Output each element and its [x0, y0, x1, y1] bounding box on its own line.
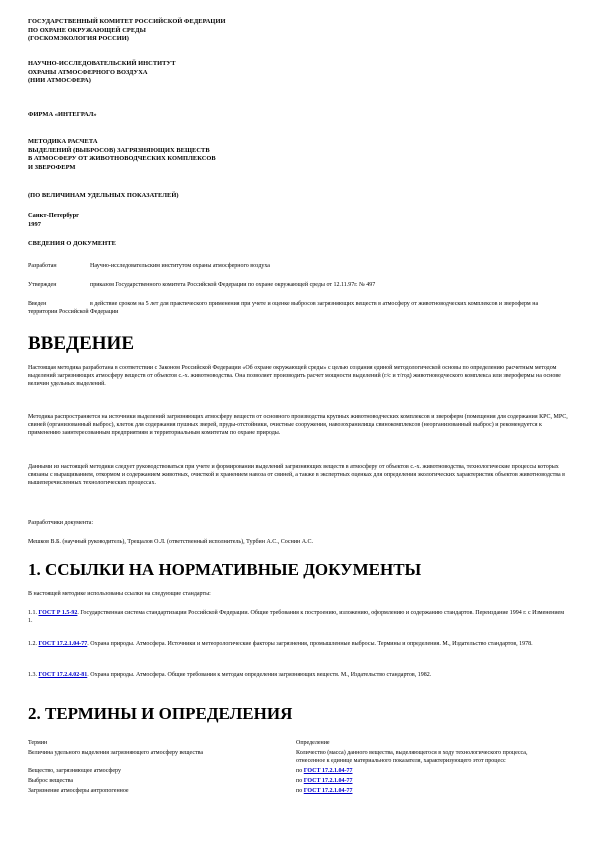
intro-paragraph: Настоящая методика разработана в соответ… — [28, 364, 568, 389]
institute-line: НАУЧНО-ИССЛЕДОВАТЕЛЬСКИЙ ИНСТИТУТ — [28, 60, 176, 69]
term-cell: Вещество, загрязняющее атмосферу — [28, 767, 296, 777]
committee-line: ГОСУДАРСТВЕННЫЙ КОМИТЕТ РОССИЙСКОЙ ФЕДЕР… — [28, 18, 225, 27]
title-line: И ЗВЕРОФЕРМ — [28, 164, 216, 173]
definition-cell: по ГОСТ 17.2.1.04-77 — [296, 767, 546, 777]
doc-info-value: Научно-исследовательским институтом охра… — [90, 262, 568, 270]
definition-prefix: по — [296, 788, 304, 794]
term-cell: Загрязнение атмосферы антропогенное — [28, 787, 296, 797]
definition-text: Количество (масса) данного вещества, выд… — [296, 750, 527, 764]
table-row: Величина удельного выделения загрязняюще… — [28, 749, 546, 767]
column-header-definition: Определение — [296, 739, 546, 749]
section1-lead: В настоящей методике использованы ссылки… — [28, 590, 568, 598]
doc-info-row-developed: Разработан Научно-исследовательским инст… — [28, 262, 568, 270]
gost-link[interactable]: ГОСТ 17.2.1.04-77 — [304, 788, 353, 794]
city: Санкт-Петербург — [28, 212, 79, 221]
definition-cell: по ГОСТ 17.2.1.04-77 — [296, 787, 546, 797]
gost-link[interactable]: ГОСТ 17.2.1.04-77 — [39, 641, 88, 647]
committee-line: ПО ОХРАНЕ ОКРУЖАЮЩЕЙ СРЕДЫ — [28, 27, 225, 36]
definition-prefix: по — [296, 768, 304, 774]
publication-info: Санкт-Петербург 1997 — [28, 212, 79, 229]
table-row: Выброс вещества по ГОСТ 17.2.1.04-77 — [28, 777, 546, 787]
column-header-term: Термин — [28, 739, 296, 749]
institute-block: НАУЧНО-ИССЛЕДОВАТЕЛЬСКИЙ ИНСТИТУТ ОХРАНЫ… — [28, 60, 176, 86]
title-line: МЕТОДИКА РАСЧЕТА — [28, 138, 216, 147]
intro-heading: ВВЕДЕНИЕ — [28, 334, 134, 354]
definition-cell: Количество (масса) данного вещества, выд… — [296, 749, 546, 767]
terms-header-row: Термин Определение — [28, 739, 546, 749]
doc-info-value: в действие сроком на 5 лет для практичес… — [28, 301, 538, 315]
title-line: ВЫДЕЛЕНИЙ (ВЫБРОСОВ) ЗАГРЯЗНЯЮЩИХ ВЕЩЕСТ… — [28, 147, 216, 156]
definition-cell: по ГОСТ 17.2.1.04-77 — [296, 777, 546, 787]
institute-line: ОХРАНЫ АТМОСФЕРНОГО ВОЗДУХА — [28, 69, 176, 78]
definition-prefix: по — [296, 778, 304, 784]
doc-info-label: Утвержден — [28, 281, 88, 289]
reference-text: . Государственная система стандартизации… — [28, 610, 564, 624]
table-row: Загрязнение атмосферы антропогенное по Г… — [28, 787, 546, 797]
firm-name: ФИРМА «ИНТЕГРАЛ» — [28, 111, 97, 120]
doc-info-row-introduced: Введенв действие сроком на 5 лет для пра… — [28, 300, 568, 316]
institute-line: (НИИ АТМОСФЕРА) — [28, 77, 176, 86]
document-subtitle: (ПО ВЕЛИЧИНАМ УДЕЛЬНЫХ ПОКАЗАТЕЛЕЙ) — [28, 192, 179, 201]
table-row: Вещество, загрязняющее атмосферу по ГОСТ… — [28, 767, 546, 777]
reference-text: . Охрана природы. Атмосфера. Источники и… — [87, 641, 532, 647]
reference-number: 1.1. — [28, 610, 37, 616]
terms-table: Термин Определение Величина удельного вы… — [28, 739, 546, 797]
doc-info-label: Разработан — [28, 262, 88, 270]
doc-info-row-approved: Утвержден приказом Государственного коми… — [28, 281, 568, 289]
committee-line: (ГОСКОМЭКОЛОГИЯ РОССИИ) — [28, 35, 225, 44]
gost-link[interactable]: ГОСТ Р 1.5-92 — [39, 610, 78, 616]
year: 1997 — [28, 221, 79, 230]
gost-link[interactable]: ГОСТ 17.2.4.02-81 — [39, 672, 88, 678]
doc-info-value: приказом Государственного комитета Росси… — [90, 281, 568, 289]
reference-item: 1.1. ГОСТ Р 1.5-92. Государственная сист… — [28, 609, 568, 625]
reference-item: 1.3. ГОСТ 17.2.4.02-81. Охрана природы. … — [28, 671, 568, 679]
intro-paragraph: Данными из настоящей методики следует ру… — [28, 463, 568, 488]
section2-heading: 2. ТЕРМИНЫ И ОПРЕДЕЛЕНИЯ — [28, 704, 292, 724]
reference-text: . Охрана природы. Атмосфера. Общие требо… — [87, 672, 431, 678]
title-line: В АТМОСФЕРУ ОТ ЖИВОТНОВОДЧЕСКИХ КОМПЛЕКС… — [28, 155, 216, 164]
developers-label: Разработчики документа: — [28, 519, 568, 527]
gost-link[interactable]: ГОСТ 17.2.1.04-77 — [304, 768, 353, 774]
section1-heading: 1. ССЫЛКИ НА НОРМАТИВНЫЕ ДОКУМЕНТЫ — [28, 560, 421, 580]
document-title: МЕТОДИКА РАСЧЕТА ВЫДЕЛЕНИЙ (ВЫБРОСОВ) ЗА… — [28, 138, 216, 172]
committee-block: ГОСУДАРСТВЕННЫЙ КОМИТЕТ РОССИЙСКОЙ ФЕДЕР… — [28, 18, 225, 44]
intro-paragraph: Методика распространяется на источники в… — [28, 413, 568, 438]
developers-list: Мешков В.Б. (научный руководитель), Трещ… — [28, 538, 568, 546]
doc-info-label: Введен — [28, 300, 90, 308]
term-cell: Величина удельного выделения загрязняюще… — [28, 749, 296, 767]
term-cell: Выброс вещества — [28, 777, 296, 787]
gost-link[interactable]: ГОСТ 17.2.1.04-77 — [304, 778, 353, 784]
doc-info-heading: СВЕДЕНИЯ О ДОКУМЕНТЕ — [28, 240, 116, 249]
reference-number: 1.2. — [28, 641, 37, 647]
reference-number: 1.3. — [28, 672, 37, 678]
reference-item: 1.2. ГОСТ 17.2.1.04-77. Охрана природы. … — [28, 640, 568, 648]
